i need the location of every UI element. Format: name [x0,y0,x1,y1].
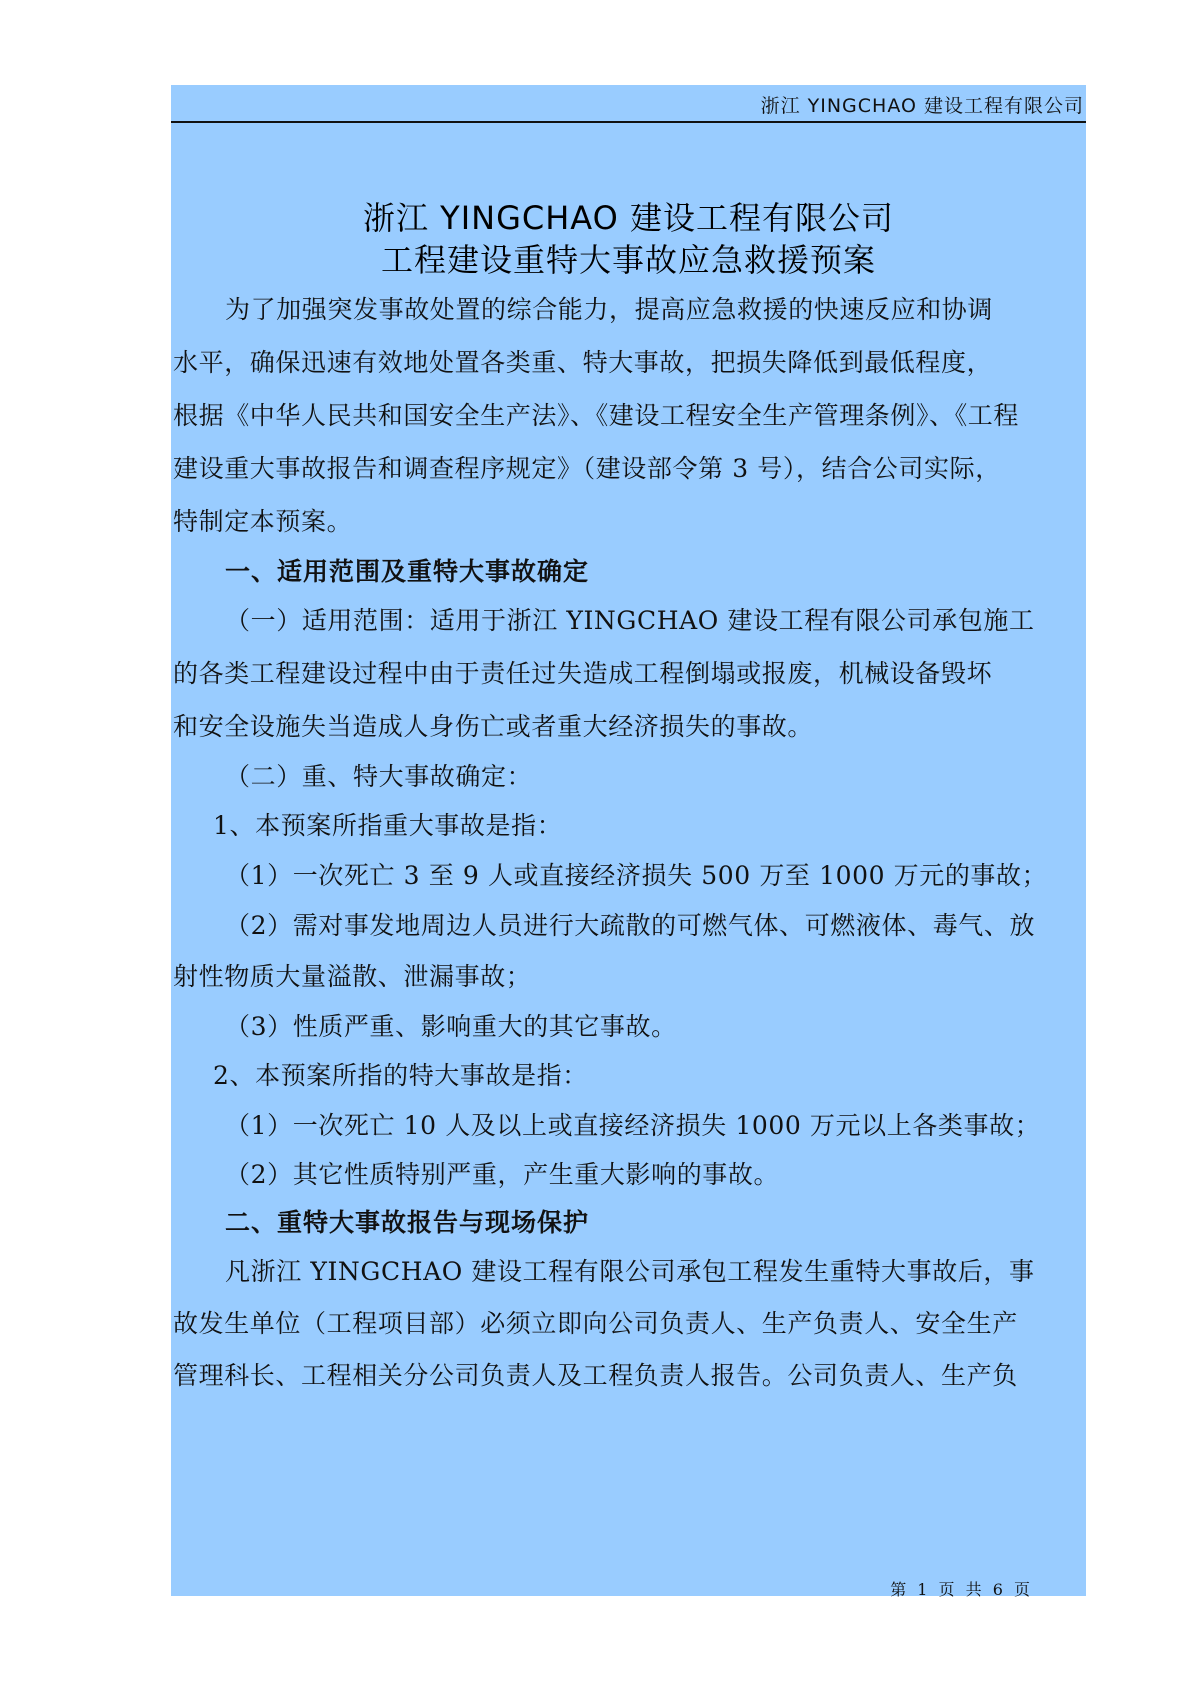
document-title-line-2: 工程建设重特大事故应急救援预案 [171,235,1086,281]
body-text-line: 建设重大事故报告和调查程序规定》（建设部令第 3 号），结合公司实际， [173,449,1001,485]
body-text-line: 为了加强突发事故处置的综合能力，提高应急救援的快速反应和协调 [225,290,993,326]
body-text-line: （3）性质严重、影响重大的其它事故。 [225,1007,677,1043]
body-text-line: 根据《中华人民共和国安全生产法》、《建设工程安全生产管理条例》、《工程 [173,396,1019,432]
page-number-footer: 第 1 页 共 6 页 [890,1577,1030,1600]
body-text-line: 1、本预案所指重大事故是指： [213,806,562,842]
body-text-line: 的各类工程建设过程中由于责任过失造成工程倒塌或报废，机械设备毁坏 [173,654,992,690]
body-text-line: （二）重、特大事故确定： [225,757,532,793]
body-text-line: （1）一次死亡 10 人及以上或直接经济损失 1000 万元以上各类事故； [225,1106,1040,1142]
body-text-line: 管理科长、工程相关分公司负责人及工程负责人报告。公司负责人、生产负 [173,1356,1018,1392]
header-divider [171,121,1086,123]
body-text-line: 故发生单位（工程项目部）必须立即向公司负责人、生产负责人、安全生产 [173,1304,1018,1340]
document-page: 浙江 YINGCHAO 建设工程有限公司 浙江 YINGCHAO 建设工程有限公… [171,85,1086,1596]
body-text-line: （2）其它性质特别严重，产生重大影响的事故。 [225,1155,779,1191]
document-title-line-1: 浙江 YINGCHAO 建设工程有限公司 [171,193,1086,239]
body-text-line: 特制定本预案。 [173,502,352,538]
section-heading: 一、适用范围及重特大事故确定 [225,552,589,588]
body-text-line: 射性物质大量溢散、泄漏事故； [173,957,531,993]
body-text-line: （1）一次死亡 3 至 9 人或直接经济损失 500 万至 1000 万元的事故… [225,856,1047,892]
body-text-line: 凡浙江 YINGCHAO 建设工程有限公司承包工程发生重特大事故后，事 [225,1252,1035,1288]
section-heading: 二、重特大事故报告与现场保护 [225,1203,589,1239]
body-text-line: （2）需对事发地周边人员进行大疏散的可燃气体、可燃液体、毒气、放 [225,906,1035,942]
body-text-line: 和安全设施失当造成人身伤亡或者重大经济损失的事故。 [173,707,813,743]
body-text-line: 水平，确保迅速有效地处置各类重、特大事故，把损失降低到最低程度， [173,343,992,379]
running-header-company: 浙江 YINGCHAO 建设工程有限公司 [761,91,1084,118]
body-text-line: 2、本预案所指的特大事故是指： [213,1056,588,1092]
body-text-line: （一）适用范围：适用于浙江 YINGCHAO 建设工程有限公司承包施工 [225,601,1035,637]
